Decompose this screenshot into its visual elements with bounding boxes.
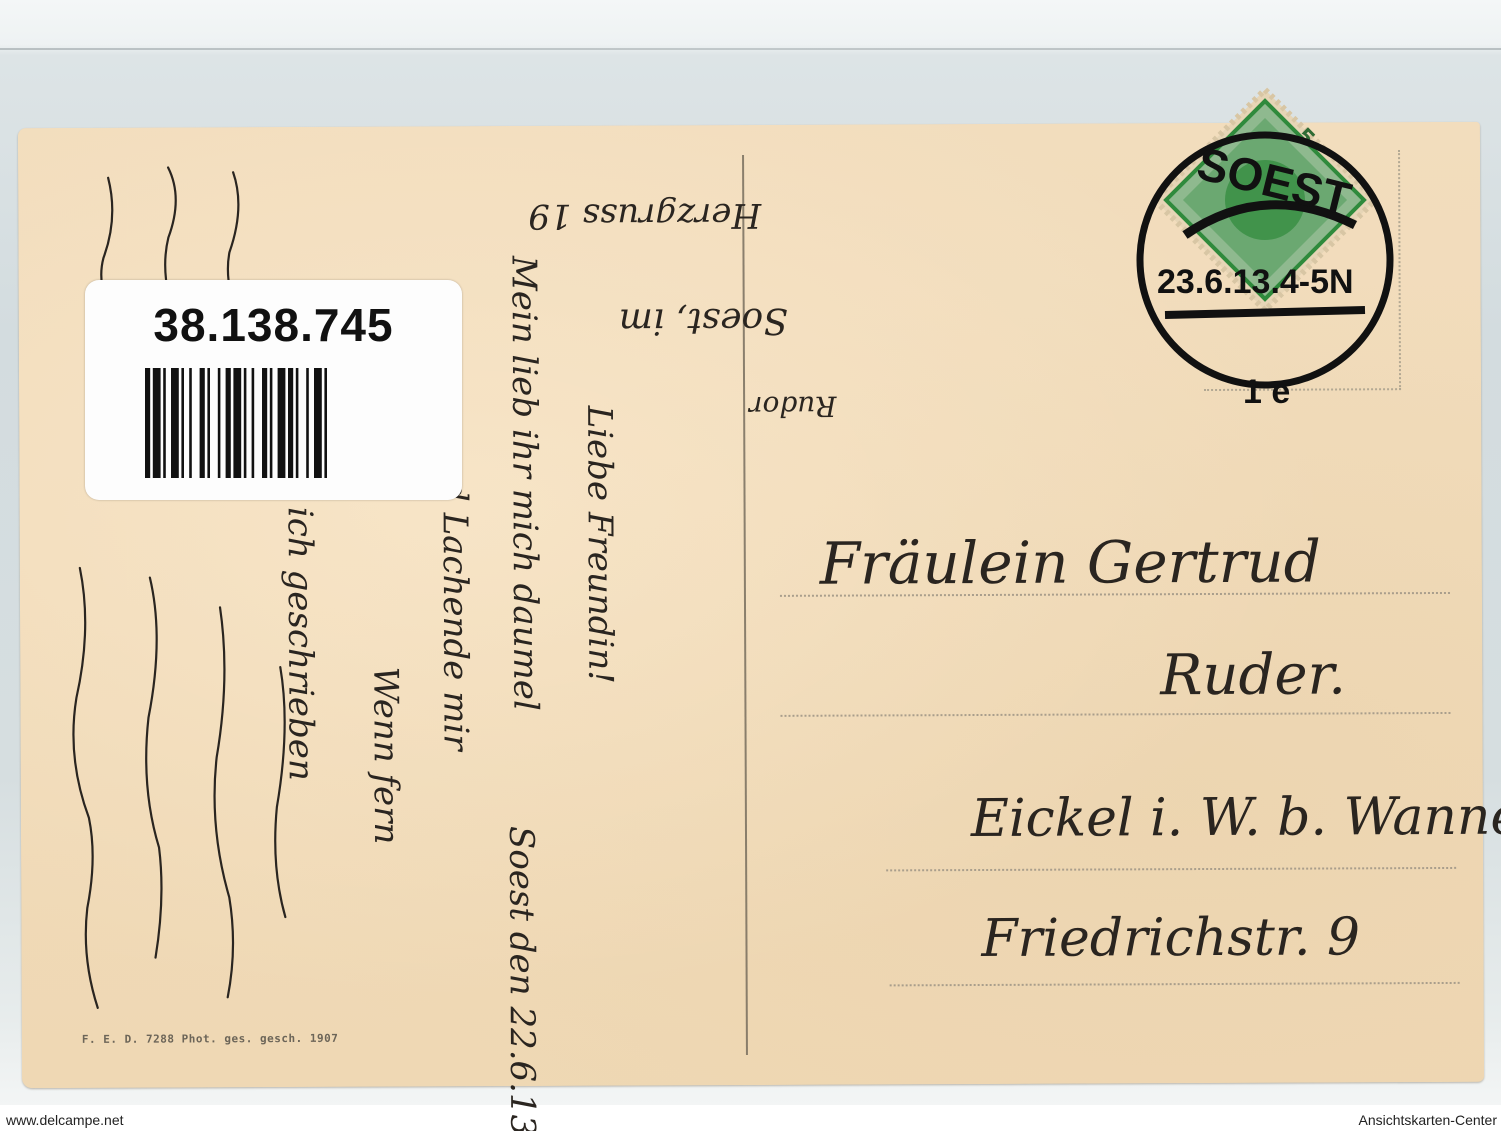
barcode [145, 368, 405, 478]
upside-down-note-3: Rudor [749, 390, 836, 423]
stamp-and-postmark: 5 SOEST 23.6.13.4-5N 1 e [1115, 85, 1425, 425]
watermark-site[interactable]: www.delcampe.net [6, 1112, 124, 1128]
address-line-4 [890, 982, 1460, 986]
sleeve-edge [0, 48, 1501, 50]
dateline: Soest den 22.6.13 [501, 826, 542, 1131]
item-number: 38.138.745 [85, 298, 462, 352]
address-line-3 [886, 867, 1456, 871]
address-recipient: Fräulein Gertrud [820, 528, 1321, 598]
postmark-date: 23.6.13.4-5N [1157, 263, 1354, 301]
printer-imprint: F. E. D. 7288 Phot. ges. gesch. 1907 [82, 1032, 338, 1046]
postmark-office: 1 e [1243, 373, 1290, 411]
watermark-seller: Ansichtskarten-Center [1358, 1112, 1497, 1128]
message-column-3: Wenn fern [365, 667, 406, 845]
center-divider [742, 155, 747, 1055]
upside-down-note-2: Soest, im [619, 300, 788, 342]
address-street: Friedrichstr. 9 [981, 907, 1360, 969]
address-surname: Ruder. [1160, 642, 1346, 708]
message-column-1: Mein lieb ihr mich daumel [503, 256, 545, 711]
inventory-label: 38.138.745 [85, 280, 462, 500]
upside-down-note-1: Herzgruss 19 [528, 195, 761, 236]
address-town: Eickel i. W. b. Wanne [971, 787, 1501, 849]
address-line-2 [780, 712, 1450, 717]
greeting: Liebe Freundin! [579, 406, 620, 684]
